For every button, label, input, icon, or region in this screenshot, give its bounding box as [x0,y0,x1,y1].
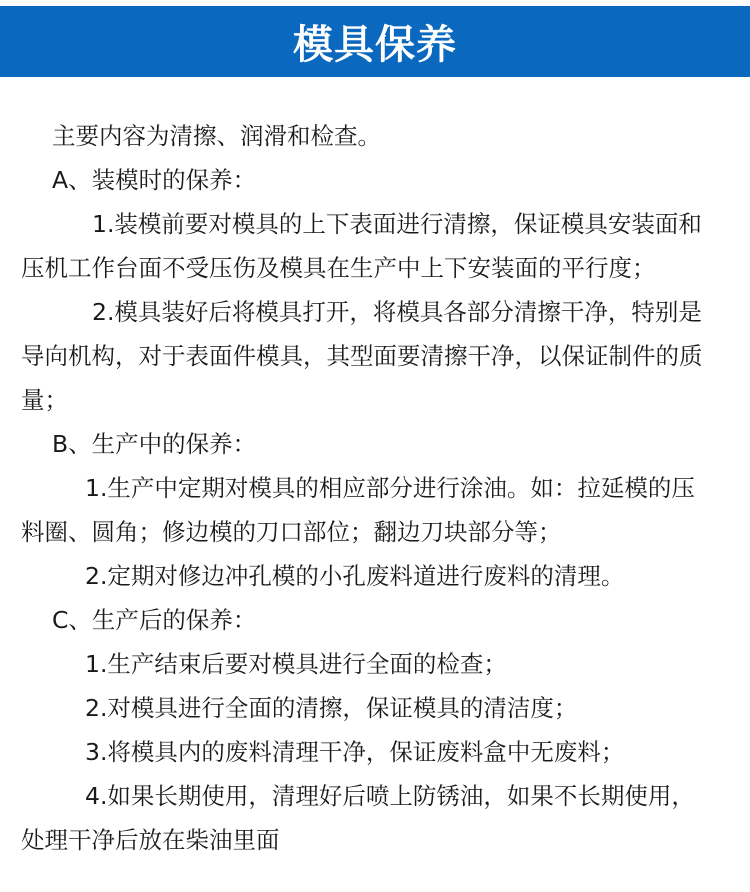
list-item: 1.装模前要对模具的上下表面进行清擦，保证模具安装面和 [0,202,750,246]
list-item-continuation: 量； [0,378,750,422]
document-body: 主要内容为清擦、润滑和检查。 A、装模时的保养： 1.装模前要对模具的上下表面进… [0,114,750,862]
list-item-continuation: 料圈、圆角；修边模的刀口部位；翻边刀块部分等； [0,510,750,554]
page-title: 模具保养 [293,13,457,70]
title-banner: 模具保养 [0,6,750,77]
section-heading-a: A、装模时的保养： [0,158,750,202]
intro-text: 主要内容为清擦、润滑和检查。 [0,114,750,158]
list-item: 4.如果长期使用，清理好后喷上防锈油，如果不长期使用， [0,774,750,818]
list-item: 1.生产结束后要对模具进行全面的检查； [0,642,750,686]
list-item-continuation: 压机工作台面不受压伤及模具在生产中上下安装面的平行度； [0,246,750,290]
list-item: 1.生产中定期对模具的相应部分进行涂油。如：拉延模的压 [0,466,750,510]
list-item: 2.定期对修边冲孔模的小孔废料道进行废料的清理。 [0,554,750,598]
section-heading-b: B、生产中的保养： [0,422,750,466]
list-item-continuation: 导向机构，对于表面件模具，其型面要清擦干净，以保证制件的质 [0,334,750,378]
list-item-continuation: 处理干净后放在柴油里面 [0,818,750,862]
section-heading-c: C、生产后的保养： [0,598,750,642]
list-item: 3.将模具内的废料清理干净，保证废料盒中无废料； [0,730,750,774]
list-item: 2.对模具进行全面的清擦，保证模具的清洁度； [0,686,750,730]
list-item: 2.模具装好后将模具打开，将模具各部分清擦干净，特别是 [0,290,750,334]
